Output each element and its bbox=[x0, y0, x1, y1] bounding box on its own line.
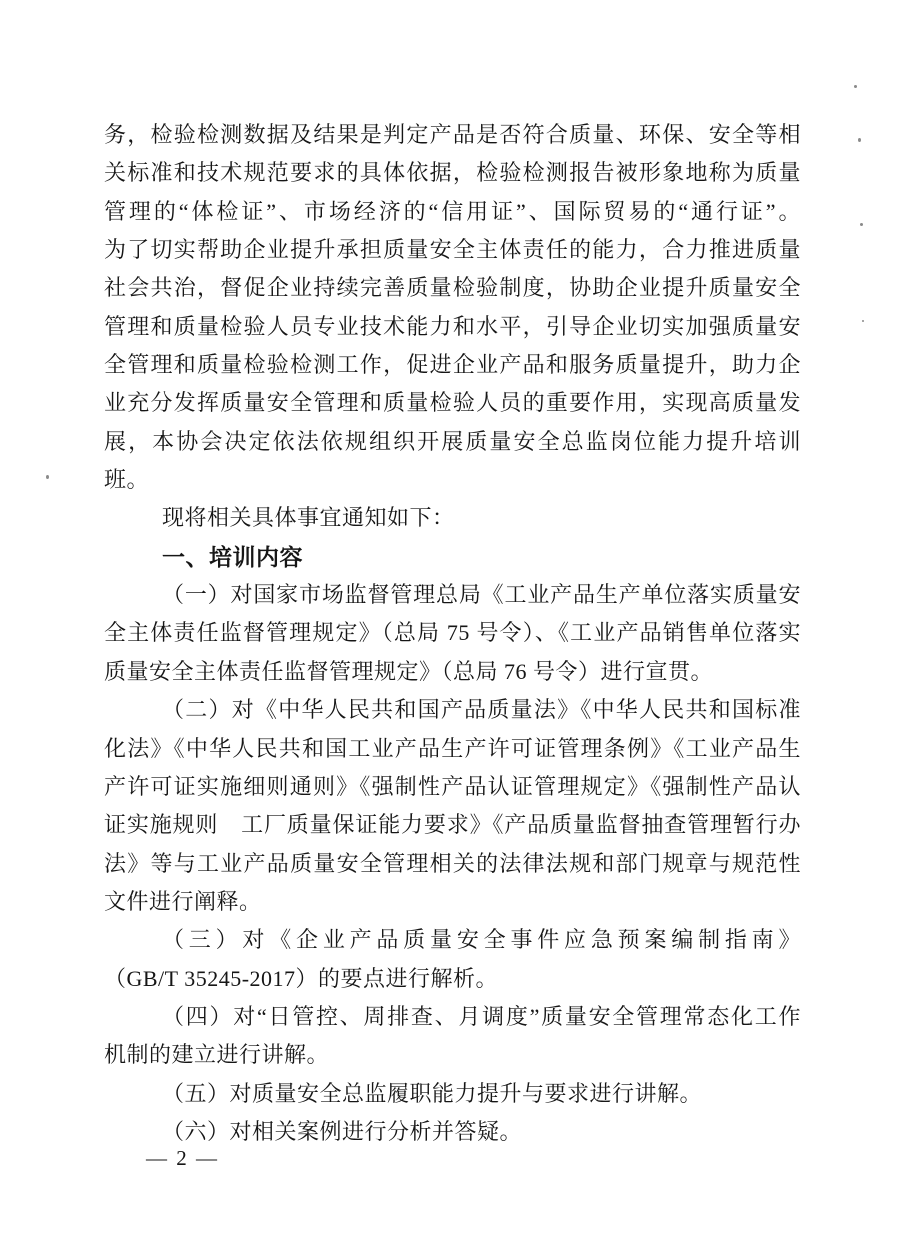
document-body: 务，检验检测数据及结果是判定产品是否符合质量、环保、安全等相关标准和技术规范要求… bbox=[104, 116, 801, 1151]
page-number: — 2 — bbox=[146, 1146, 219, 1171]
text-line: 机制的建立进行讲解。 bbox=[104, 1036, 801, 1074]
scan-speckle bbox=[860, 223, 863, 226]
text-line: （一）对国家市场监督管理总局《工业产品生产单位落实质量安 bbox=[104, 576, 801, 614]
text-line: （三）对《企业产品质量安全事件应急预案编制指南》 bbox=[104, 921, 801, 959]
text-line: 务，检验检测数据及结果是判定产品是否符合质量、环保、安全等相 bbox=[104, 116, 801, 154]
text-line: （二）对《中华人民共和国产品质量法》《中华人民共和国标准 bbox=[104, 691, 801, 729]
text-line: 展，本协会决定依法依规组织开展质量安全总监岗位能力提升培训 bbox=[104, 423, 801, 461]
text-line: 业充分发挥质量安全管理和质量检验人员的重要作用，实现高质量发 bbox=[104, 384, 801, 422]
text-line: 全管理和质量检验检测工作，促进企业产品和服务质量提升，助力企 bbox=[104, 346, 801, 384]
scan-speckle bbox=[854, 85, 857, 88]
document-page: 务，检验检测数据及结果是判定产品是否符合质量、环保、安全等相关标准和技术规范要求… bbox=[0, 0, 900, 1240]
text-line: 现将相关具体事宜通知如下： bbox=[104, 499, 801, 537]
text-line: 化法》《中华人民共和国工业产品生产许可证管理条例》《工业产品生 bbox=[104, 730, 801, 768]
scan-speckle bbox=[862, 320, 864, 322]
text-line: 证实施规则 工厂质量保证能力要求》《产品质量监督抽查管理暂行办 bbox=[104, 806, 801, 844]
text-line: 产许可证实施细则通则》《强制性产品认证管理规定》《强制性产品认 bbox=[104, 768, 801, 806]
text-line: 班。 bbox=[104, 461, 801, 499]
text-line: 社会共治，督促企业持续完善质量检验制度，协助企业提升质量安全 bbox=[104, 269, 801, 307]
text-line: 为了切实帮助企业提升承担质量安全主体责任的能力，合力推进质量 bbox=[104, 231, 801, 269]
text-line: 管理和质量检验人员专业技术能力和水平，引导企业切实加强质量安 bbox=[104, 308, 801, 346]
text-line: 全主体责任监督管理规定》（总局 75 号令）、《工业产品销售单位落实 bbox=[104, 614, 801, 652]
scan-speckle bbox=[46, 475, 49, 479]
scan-speckle bbox=[858, 138, 861, 142]
text-line: （四）对“日管控、周排查、月调度”质量安全管理常态化工作 bbox=[104, 998, 801, 1036]
text-line: 文件进行阐释。 bbox=[104, 883, 801, 921]
text-line: （五）对质量安全总监履职能力提升与要求进行讲解。 bbox=[104, 1075, 801, 1113]
text-line: 管理的“体检证”、市场经济的“信用证”、国际贸易的“通行证”。 bbox=[104, 193, 801, 231]
text-line: 质量安全主体责任监督管理规定》（总局 76 号令）进行宣贯。 bbox=[104, 653, 801, 691]
section-heading: 一、培训内容 bbox=[104, 538, 801, 576]
text-line: （GB/T 35245-2017）的要点进行解析。 bbox=[104, 960, 801, 998]
text-line: 法》等与工业产品质量安全管理相关的法律法规和部门规章与规范性 bbox=[104, 845, 801, 883]
text-line: 关标准和技术规范要求的具体依据，检验检测报告被形象地称为质量 bbox=[104, 154, 801, 192]
